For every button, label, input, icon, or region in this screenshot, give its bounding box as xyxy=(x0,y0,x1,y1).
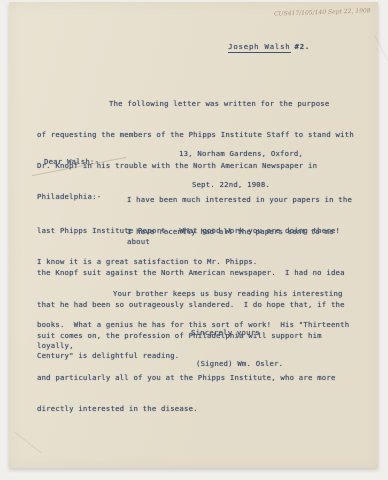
text-line: directly interested in the disease. xyxy=(37,404,359,414)
heading-name: Joseph Walsh xyxy=(228,42,290,53)
archival-reference: CUS417/105/140 xyxy=(274,9,326,18)
address-line: 13, Norham Gardens, Oxford, xyxy=(179,149,303,159)
paper-crease xyxy=(374,36,388,89)
text-line: I have recently had all the papers sent … xyxy=(37,227,359,248)
archival-date: Sept 22, 1908 xyxy=(328,7,371,15)
archival-pencil-note: CUS417/105/140 Sept 22, 1908 xyxy=(274,7,371,18)
text-line: Your brother keeps us busy reading his i… xyxy=(37,289,359,299)
text-line: The following letter was written for the… xyxy=(37,99,359,109)
heading-number: #2. xyxy=(295,42,311,51)
letter-paper: CUS417/105/140 Sept 22, 1908 Joseph Wals… xyxy=(9,2,378,468)
salutation: Dear Walsh:- xyxy=(44,157,99,167)
scanned-letter-view: CUS417/105/140 Sept 22, 1908 Joseph Wals… xyxy=(0,0,388,480)
signature-line: (Signed) Wm. Osler. xyxy=(191,359,283,369)
text-line: I have been much interested in your pape… xyxy=(37,195,359,205)
closing-line: Sincerely yours xyxy=(191,328,283,338)
closing-block: Sincerely yours (Signed) Wm. Osler. xyxy=(191,307,283,390)
letter-heading: Joseph Walsh#2. xyxy=(197,32,310,63)
